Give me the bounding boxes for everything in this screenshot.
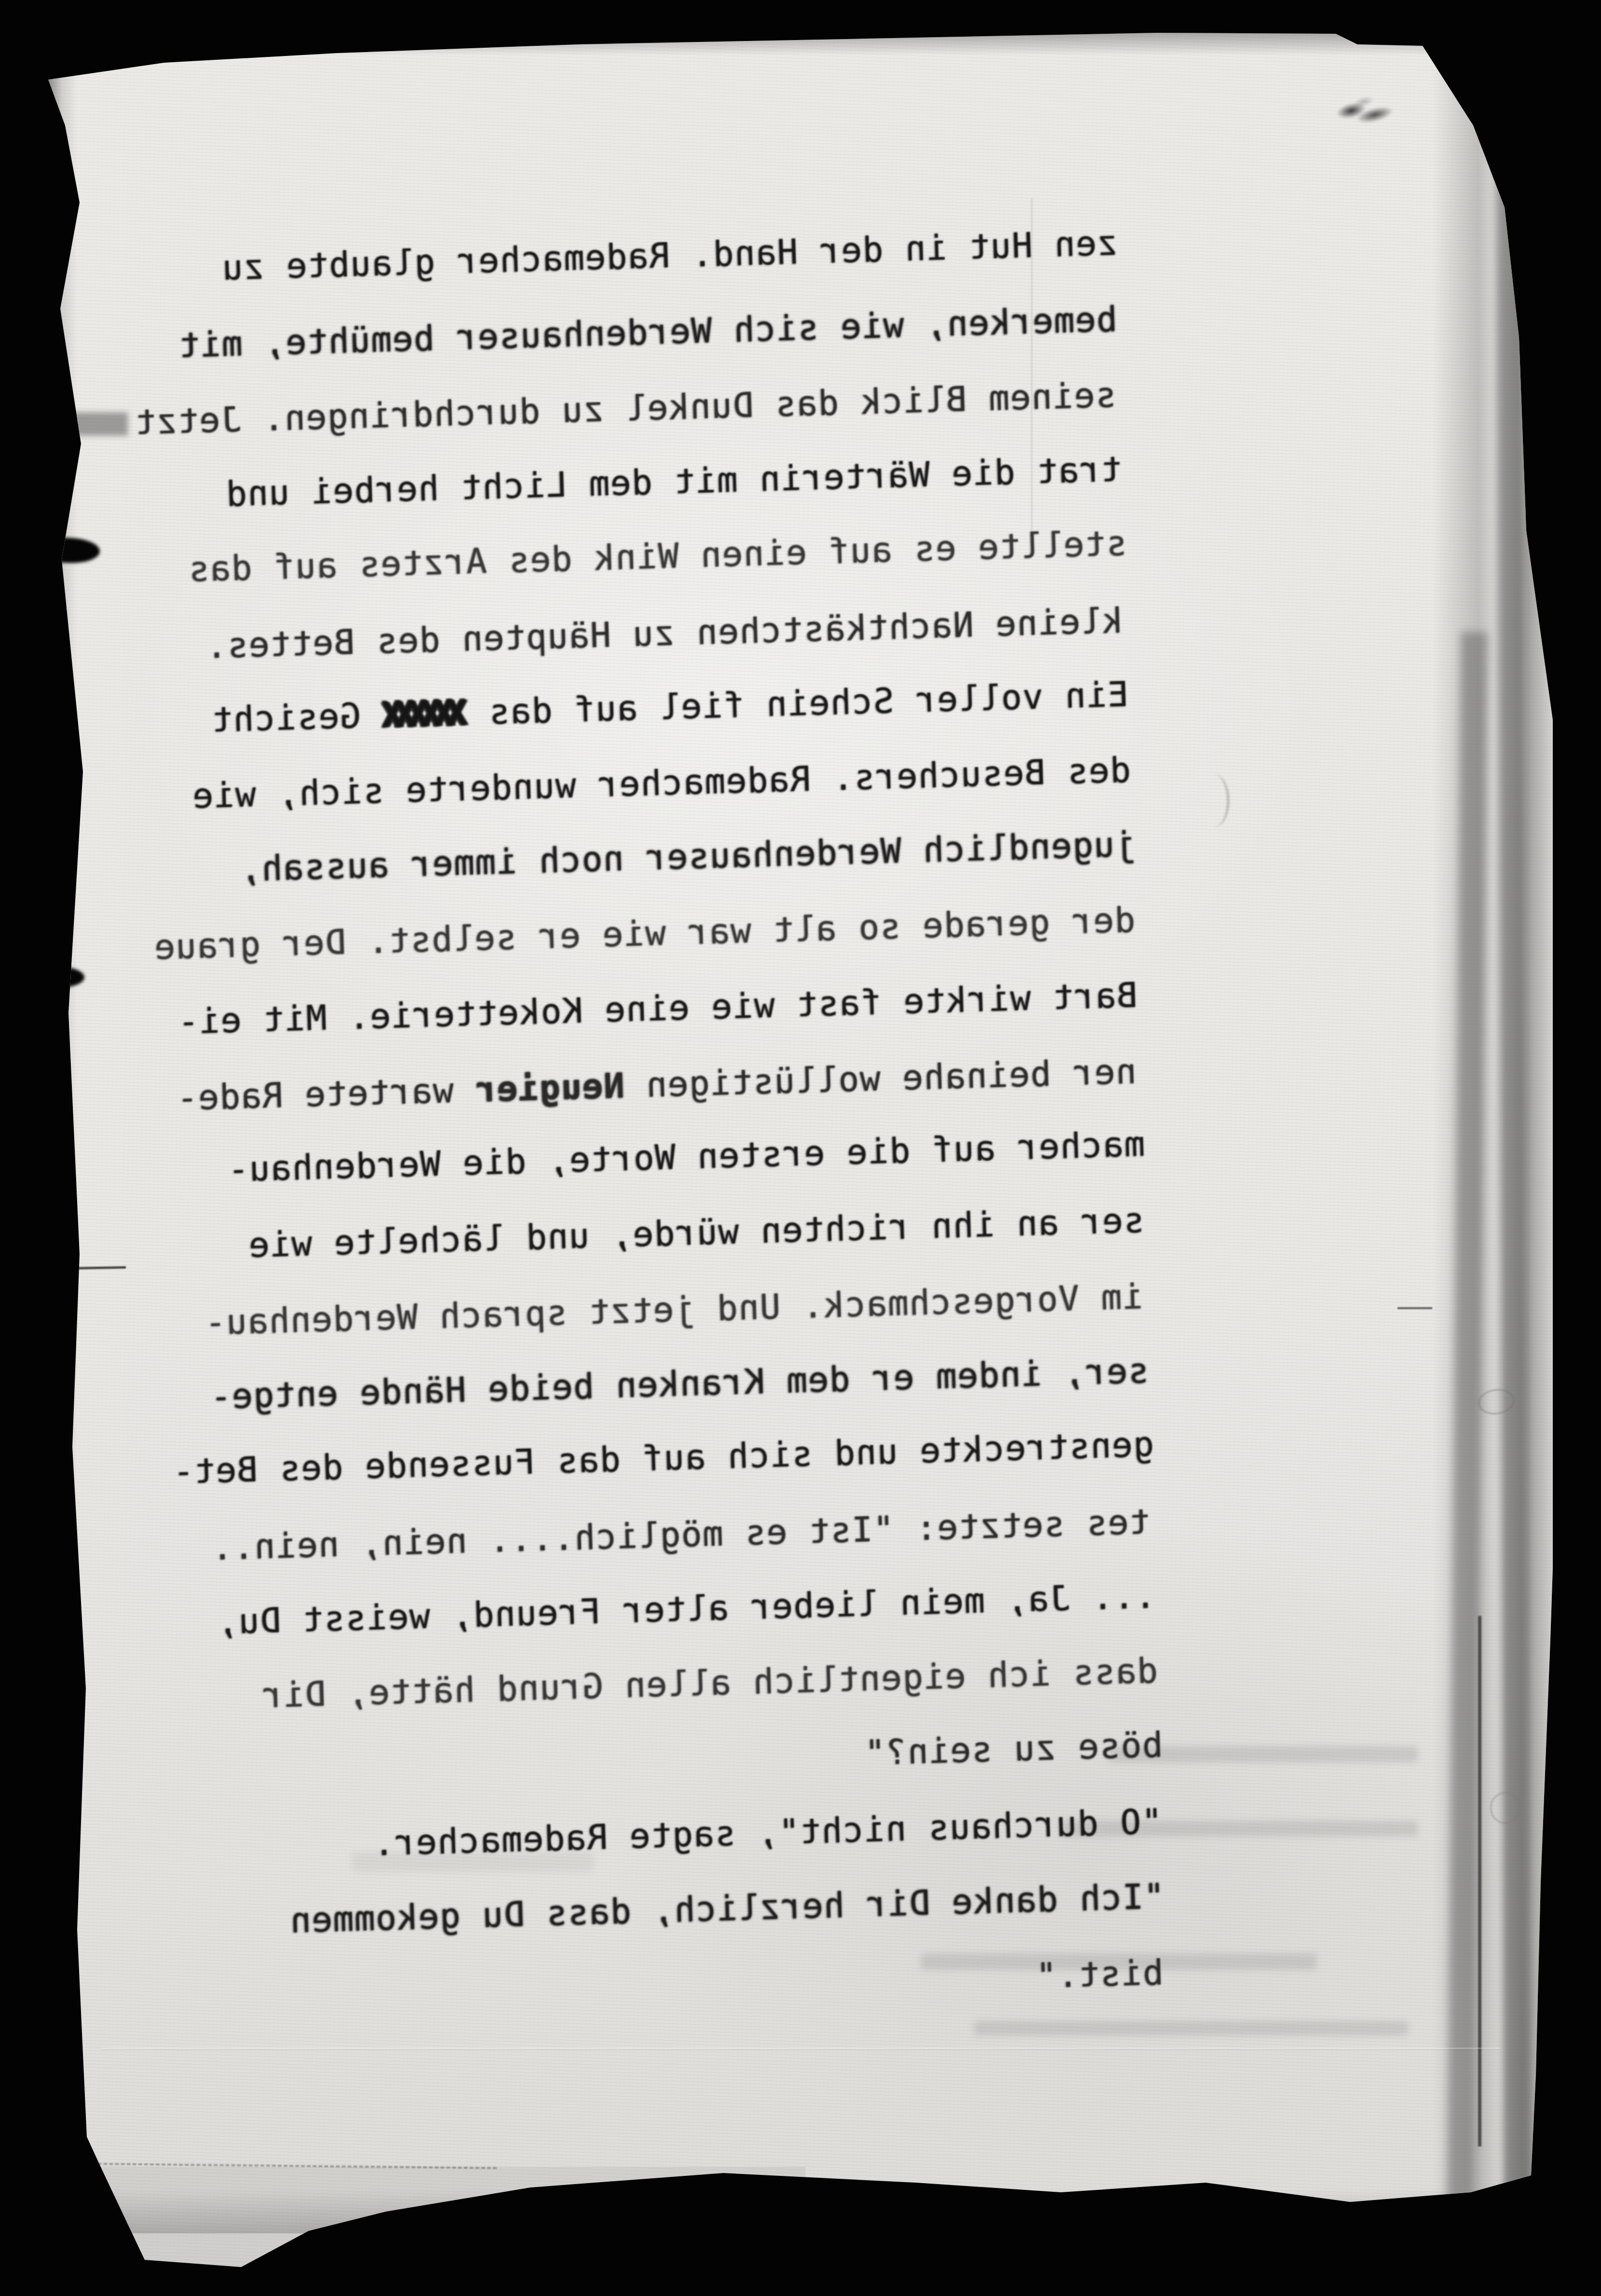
crease-line — [101, 2048, 1500, 2049]
text-segment: dass ich eigentlich allen Grund hätte, D… — [261, 1651, 1159, 1716]
text-segment: genstreckte und sich auf das Fussende de… — [172, 1424, 1154, 1492]
text-segment: zen Hut in der Hand. Rademacher glaubte … — [221, 223, 1119, 288]
text-segment: böse zu sein?" — [864, 1725, 1164, 1773]
text-segment: ser, indem er dem Kranken beide Hände en… — [209, 1351, 1149, 1417]
scratch-mark — [70, 1266, 126, 1270]
torn-edge-top — [43, 29, 1553, 55]
underlying-page-edge — [1478, 1616, 1481, 2146]
ink-smudge — [1323, 82, 1402, 137]
text-segment: "O durchaus nicht", sagte Rademacher. — [372, 1801, 1163, 1863]
text-segment: seinem Blick das Dunkel zu durchdringen.… — [134, 375, 1117, 443]
text-segment: tes setzte: "Ist es möglich.... nein, ne… — [211, 1502, 1151, 1568]
struck-out-text: XXXXXX — [389, 693, 468, 735]
text-segment: des Besuchers. Rademacher wunderte sich,… — [191, 750, 1131, 816]
text-segment: bemerken, wie sich Werdenhauser bemühte,… — [178, 299, 1118, 366]
edge-tear-mark — [39, 537, 100, 564]
margin-smudge — [55, 412, 128, 436]
text-segment: ... Ja, mein lieber alter Freund, weisst… — [216, 1576, 1156, 1642]
text-segment: der gerade so alt war wie er selbst. Der… — [153, 900, 1136, 967]
text-segment: Bart wirkte fast wie eine Koketterie. Mi… — [177, 975, 1139, 1042]
text-segment: wartete Rade- — [176, 1069, 475, 1118]
manuscript-page: zen Hut in der Hand. Rademacher glaubte … — [43, 29, 1553, 2296]
stain-ring — [1490, 1792, 1520, 1824]
text-segment: kleine Nachtkästchen zu Häupten des Bett… — [205, 601, 1124, 666]
text-segment: Neugier — [475, 1066, 625, 1110]
text-segment: macher auf die ersten Worte, die Werdenh… — [227, 1124, 1146, 1189]
text-segment: stellte es auf einen Wink des Arztes auf… — [188, 523, 1127, 590]
text-segment: "Ich danke Dir herzlich, dass Du gekomme… — [289, 1876, 1166, 1941]
text-segment: bist." — [1035, 1952, 1164, 1995]
text-segment: trat die Wärterin mit dem Licht herbei u… — [225, 449, 1123, 514]
text-segment: im Vorgeschmack. Und jetzt sprach Werden… — [204, 1276, 1144, 1343]
scratch-mark — [1397, 1307, 1432, 1309]
text-segment: ner beinahe wollüstigen — [624, 1051, 1137, 1106]
mirrored-typewritten-text: zen Hut in der Hand. Rademacher glaubte … — [149, 206, 1168, 2036]
text-segment: ser an ihn richten würde, und lächelte w… — [247, 1200, 1145, 1265]
stain-arc — [1198, 774, 1229, 827]
edge-tear-mark — [39, 967, 84, 987]
text-lines: zen Hut in der Hand. Rademacher glaubte … — [149, 206, 1168, 2036]
scan-background: zen Hut in der Hand. Rademacher glaubte … — [0, 0, 1601, 2296]
torn-edge-left — [43, 29, 77, 2296]
text-segment: Ein voller Schein fiel auf das — [466, 674, 1129, 733]
crease-shadow — [58, 2167, 805, 2268]
text-segment: jugendlich Werdenhauser noch immer aussa… — [239, 823, 1137, 888]
bleed-through-smudge — [974, 2021, 1408, 2036]
text-segment: Gesicht — [211, 696, 382, 740]
